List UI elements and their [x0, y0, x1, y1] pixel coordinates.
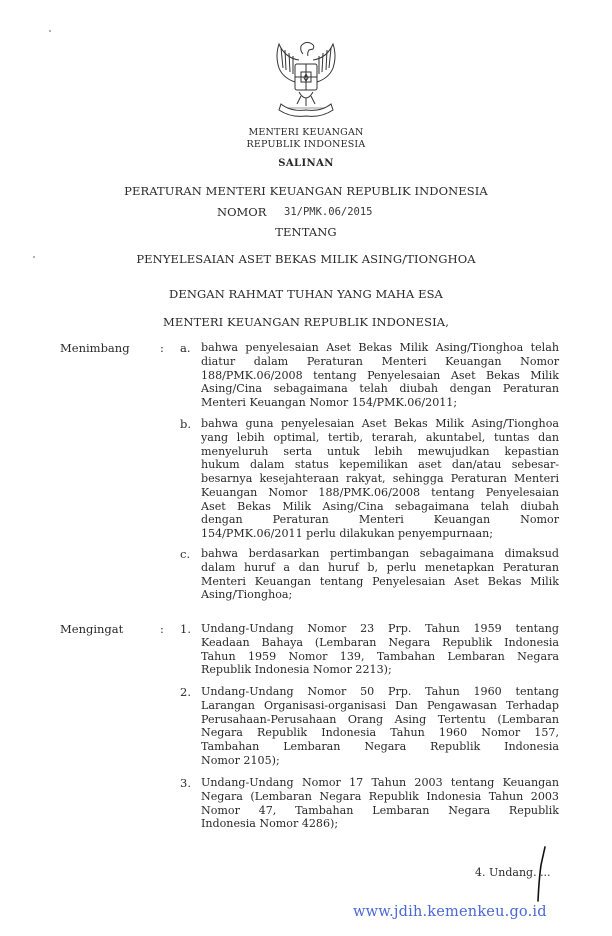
- text-line: Tahun 1959 Nomor 139, Tambahan Lembaran …: [201, 650, 559, 664]
- text-line: Asing/Cina sebagaimana telah diubah deng…: [201, 382, 559, 396]
- scan-speck: [33, 256, 35, 258]
- text-line: Undang-Undang Nomor 23 Prp. Tahun 1959 t…: [201, 622, 559, 636]
- text-line: Negara (Lembaran Negara Republik Indones…: [201, 790, 559, 804]
- scan-speck: [49, 30, 51, 32]
- menimbang-label: Menimbang: [60, 341, 130, 355]
- text-line: Undang-Undang Nomor 50 Prp. Tahun 1960 t…: [201, 685, 559, 699]
- text-line: menyeluruh serta untuk lebih mewujudkan …: [201, 445, 559, 459]
- garuda-emblem-icon: [271, 38, 341, 124]
- text-line: Undang-Undang Nomor 17 Tahun 2003 tentan…: [201, 776, 559, 790]
- menimbang-item-b: bahwa guna penyelesaian Aset Bekas Milik…: [201, 417, 559, 541]
- text-line: Keadaan Bahaya (Lembaran Negara Republik…: [201, 636, 559, 650]
- text-line: Asing/Tionghoa;: [201, 588, 559, 602]
- text-line: diatur dalam Peraturan Menteri Keuangan …: [201, 355, 559, 369]
- text-line: bahwa berdasarkan pertimbangan sebagaima…: [201, 547, 559, 561]
- text-line: Republik Indonesia Nomor 2213);: [201, 663, 559, 677]
- invocation: DENGAN RAHMAT TUHAN YANG MAHA ESA: [0, 287, 612, 301]
- text-line: dalam huruf a dan huruf b, perlu menetap…: [201, 561, 559, 575]
- mengingat-marker-2: 2.: [180, 685, 191, 699]
- copy-mark: SALINAN: [0, 158, 612, 169]
- mengingat-marker-1: 1.: [180, 622, 191, 636]
- mengingat-item-1: Undang-Undang Nomor 23 Prp. Tahun 1959 t…: [201, 622, 559, 677]
- regulation-title: PERATURAN MENTERI KEUANGAN REPUBLIK INDO…: [0, 184, 612, 198]
- text-line: yang lebih optimal, tertib, terarah, aku…: [201, 431, 559, 445]
- text-line: besarnya kesejahteraan rakyat, sehingga …: [201, 472, 559, 486]
- text-line: dengan Peraturan Menteri Keuangan Nomor: [201, 513, 559, 527]
- text-line: Nomor 47, Tambahan Lembaran Negara Repub…: [201, 804, 559, 818]
- menimbang-marker-c: c.: [180, 547, 190, 561]
- menimbang-marker-b: b.: [180, 417, 191, 431]
- mengingat-item-3: Undang-Undang Nomor 17 Tahun 2003 tentan…: [201, 776, 559, 831]
- ministry-line-1: MENTERI KEUANGAN: [0, 127, 612, 139]
- website-link[interactable]: www.jdih.kemenkeu.go.id: [353, 904, 547, 920]
- tentang-heading: TENTANG: [0, 225, 612, 239]
- text-line: Larangan Organisasi-organisasi Dan Penga…: [201, 699, 559, 713]
- nomor-label: NOMOR: [217, 205, 266, 219]
- mengingat-label: Mengingat: [60, 622, 123, 636]
- text-line: hukum dalam status kepemilikan aset dan/…: [201, 458, 559, 472]
- text-line: Keuangan Nomor 188/PMK.06/2008 tentang P…: [201, 486, 559, 500]
- mengingat-item-2: Undang-Undang Nomor 50 Prp. Tahun 1960 t…: [201, 685, 559, 768]
- issuer: MENTERI KEUANGAN REPUBLIK INDONESIA,: [0, 315, 612, 329]
- text-line: bahwa guna penyelesaian Aset Bekas Milik…: [201, 417, 559, 431]
- menimbang-item-a: bahwa penyelesaian Aset Bekas Milik Asin…: [201, 341, 559, 410]
- menimbang-item-c: bahwa berdasarkan pertimbangan sebagaima…: [201, 547, 559, 602]
- text-line: Negara Republik Indonesia Tahun 1960 Nom…: [201, 726, 559, 740]
- initial-signature-icon: [535, 845, 547, 903]
- nomor-value: 31/PMK.06/2015: [284, 206, 373, 218]
- text-line: Aset Bekas Milik Asing/Cina sebagaimana …: [201, 500, 559, 514]
- text-line: Indonesia Nomor 4286);: [201, 817, 559, 831]
- text-line: Perusahaan-Perusahaan Orang Asing Terten…: [201, 713, 559, 727]
- menimbang-marker-a: a.: [180, 341, 191, 355]
- text-line: Nomor 2105);: [201, 754, 559, 768]
- text-line: Menteri Keuangan Nomor 154/PMK.06/2011;: [201, 396, 559, 410]
- mengingat-colon: :: [160, 622, 164, 636]
- mengingat-marker-3: 3.: [180, 776, 191, 790]
- text-line: 154/PMK.06/2011 perlu dilakukan penyempu…: [201, 527, 559, 541]
- regulation-subject: PENYELESAIAN ASET BEKAS MILIK ASING/TION…: [0, 252, 612, 266]
- text-line: Tambahan Lembaran Negara Republik Indone…: [201, 740, 559, 754]
- text-line: bahwa penyelesaian Aset Bekas Milik Asin…: [201, 341, 559, 355]
- menimbang-colon: :: [160, 341, 164, 355]
- text-line: 188/PMK.06/2008 tentang Penyelesaian Ase…: [201, 369, 559, 383]
- text-line: Menteri Keuangan tentang Penyelesaian As…: [201, 575, 559, 589]
- ministry-line-2: REPUBLIK INDONESIA: [0, 139, 612, 151]
